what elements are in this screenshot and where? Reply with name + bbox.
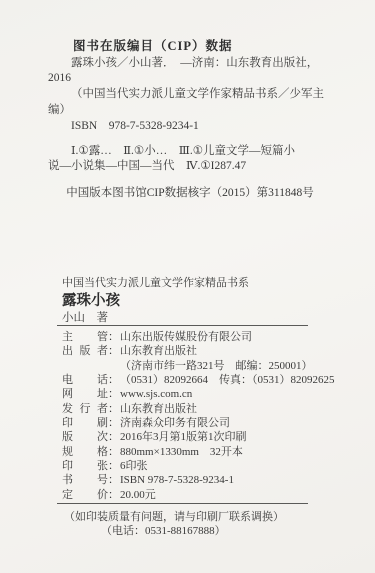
info-value: 2016年3月第1版第1次印刷 — [120, 431, 247, 443]
info-row-supervisor: 主 管：山东出版传媒股份有限公司 — [62, 330, 362, 344]
info-row-distributor: 发 行 者：山东教育出版社 — [62, 402, 362, 416]
publishing-info: 主 管：山东出版传媒股份有限公司 出 版 者：山东教育出版社 （济南市纬一路32… — [62, 330, 362, 502]
info-row-publisher: 出 版 者：山东教育出版社 — [62, 344, 362, 358]
info-value: www.sjs.com.cn — [120, 388, 192, 400]
info-colon: ： — [108, 416, 120, 430]
info-colon: ： — [108, 402, 120, 416]
copyright-page: 图书在版编目（CIP）数据 露珠小孩／小山著． —济南：山东教育出版社， 201… — [0, 0, 375, 573]
info-row-edition: 版 次：2016年3月第1版第1次印刷 — [62, 430, 362, 444]
info-value: 20.00元 — [120, 489, 156, 501]
cip-paragraph-title-statement: 露珠小孩／小山著． —济南：山东教育出版社， 2016 — [48, 56, 332, 86]
cip-body: 露珠小孩／小山著． —济南：山东教育出版社， 2016 （中国当代实力派儿童文学… — [48, 56, 332, 202]
info-row-printer: 印 刷：济南森众印务有限公司 — [62, 416, 362, 430]
info-value: ISBN 978-7-5328-9234-1 — [120, 474, 234, 486]
cip-line: 2016 — [48, 71, 332, 86]
info-row-address: （济南市纬一路321号 邮编：250001） — [62, 359, 362, 373]
book-title-block: 中国当代实力派儿童文学作家精品书系 露珠小孩 小山 著 — [62, 276, 249, 325]
cip-line: 露珠小孩／小山著． —济南：山东教育出版社， — [48, 56, 332, 71]
series-name: 中国当代实力派儿童文学作家精品书系 — [62, 276, 249, 290]
info-row-sheets: 印 张：6印张 — [62, 459, 362, 473]
book-title: 露珠小孩 — [62, 292, 249, 310]
info-colon: ： — [108, 445, 120, 459]
info-colon: ： — [108, 373, 120, 387]
info-label: 印 刷 — [62, 416, 108, 430]
cip-header: 图书在版编目（CIP）数据 — [73, 36, 233, 54]
info-colon: ： — [108, 459, 120, 473]
divider-line-top — [57, 325, 308, 326]
info-label: 发 行 者 — [62, 402, 108, 416]
info-label: 书 号 — [62, 473, 108, 487]
info-value: 济南森众印务有限公司 — [120, 417, 230, 429]
info-colon: ： — [108, 473, 120, 487]
info-label: 版 次 — [62, 430, 108, 444]
cip-paragraph-series: （中国当代实力派儿童文学作家精品书系／少军主 编） — [48, 87, 332, 117]
cip-line: （中国当代实力派儿童文学作家精品书系／少军主 — [48, 87, 332, 102]
info-value: （0531）82092664 传真：（0531）82092625 — [120, 374, 335, 386]
info-row-format: 规 格：880mm×1330mm 32开本 — [62, 445, 362, 459]
cip-registry-line: 中国版本图书馆CIP数据核字（2015）第311848号 — [48, 186, 332, 201]
info-value: 6印张 — [120, 460, 148, 472]
cip-line: ISBN 978-7-5328-9234-1 — [48, 119, 332, 134]
info-value: （济南市纬一路321号 邮编：250001） — [120, 360, 313, 372]
info-label: 主 管 — [62, 330, 108, 344]
divider-line-bottom — [57, 503, 308, 504]
info-label: 规 格 — [62, 445, 108, 459]
author-line: 小山 著 — [62, 311, 249, 325]
cip-line: 编） — [48, 103, 332, 118]
info-row-isbn: 书 号：ISBN 978-7-5328-9234-1 — [62, 473, 362, 487]
info-row-price: 定 价：20.00元 — [62, 488, 362, 502]
info-value: 880mm×1330mm 32开本 — [120, 446, 243, 458]
info-row-website: 网 址：www.sjs.com.cn — [62, 387, 362, 401]
info-row-phone: 电 话：（0531）82092664 传真：（0531）82092625 — [62, 373, 362, 387]
info-value: 山东教育出版社 — [120, 403, 197, 415]
info-colon: ： — [108, 488, 120, 502]
cip-paragraph-isbn: ISBN 978-7-5328-9234-1 — [48, 119, 332, 134]
cip-line: 说—小说集—中国—当代 Ⅳ.①I287.47 — [48, 159, 332, 174]
info-value: 山东出版传媒股份有限公司 — [120, 331, 252, 343]
phone-note: （电话：0531-88167888） — [101, 524, 226, 538]
cip-line: Ⅰ.①露… Ⅱ.①小… Ⅲ.①儿童文学—短篇小 — [48, 144, 332, 159]
info-value: 山东教育出版社 — [120, 345, 197, 357]
info-colon: ： — [108, 387, 120, 401]
info-label: 电 话 — [62, 373, 108, 387]
info-colon: ： — [108, 430, 120, 444]
info-label: 定 价 — [62, 488, 108, 502]
info-label: 网 址 — [62, 387, 108, 401]
cip-paragraph-classification: Ⅰ.①露… Ⅱ.①小… Ⅲ.①儿童文学—短篇小 说—小说集—中国—当代 Ⅳ.①I… — [48, 144, 332, 174]
info-label: 印 张 — [62, 459, 108, 473]
info-colon: ： — [108, 344, 120, 358]
info-label: 出 版 者 — [62, 344, 108, 358]
quality-note: （如印装质量有问题，请与印刷厂联系调换） — [64, 510, 284, 524]
info-colon: ： — [108, 330, 120, 344]
